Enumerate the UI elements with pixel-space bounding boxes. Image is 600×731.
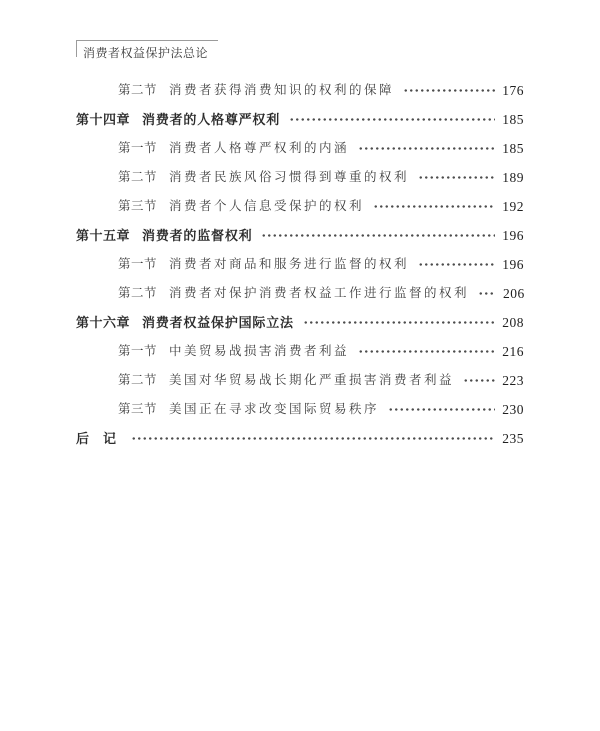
toc-entry-label: 第十六章 xyxy=(76,316,130,329)
toc-entry-page: 235 xyxy=(502,432,524,445)
toc-entry: 第一节 消费者对商品和服务进行监督的权利 196 xyxy=(76,258,524,271)
toc-entry-title: 消费者个人信息受保护的权利 xyxy=(169,200,364,213)
toc-entry-label: 第二节 xyxy=(118,287,157,300)
toc-entry-label: 第二节 xyxy=(118,171,157,184)
toc-entry-page: 176 xyxy=(502,84,524,97)
toc-entry: 第二节 消费者获得消费知识的权利的保障 176 xyxy=(76,84,524,97)
toc-entry: 第一节 消费者人格尊严权利的内涵 185 xyxy=(76,142,524,155)
toc-entry: 第二节 消费者对保护消费者权益工作进行监督的权利 206 xyxy=(76,287,524,300)
toc-entry-label: 第三节 xyxy=(118,403,157,416)
toc-entry-label: 第十五章 xyxy=(76,229,130,242)
dot-leader xyxy=(373,200,495,213)
running-head-title: 消费者权益保护法总论 xyxy=(76,40,208,60)
dot-leader xyxy=(418,171,495,184)
dot-leader xyxy=(388,403,495,416)
toc-entry-page: 196 xyxy=(502,258,524,271)
toc-entry-page: 223 xyxy=(502,374,524,387)
toc-entry-page: 208 xyxy=(502,316,524,329)
toc-entry: 第二节 美国对华贸易战长期化严重损害消费者利益 223 xyxy=(76,374,524,387)
running-head: 消费者权益保护法总论 xyxy=(76,40,208,62)
toc-entry-title: 消费者人格尊严权利的内涵 xyxy=(169,142,349,155)
dot-leader xyxy=(131,432,496,445)
toc-entry-page: 189 xyxy=(502,171,524,184)
toc-entry-title: 消费者对商品和服务进行监督的权利 xyxy=(169,258,409,271)
toc-entry: 第三节 消费者个人信息受保护的权利 192 xyxy=(76,200,524,213)
toc-entry-page: 230 xyxy=(502,403,524,416)
dot-leader xyxy=(463,374,495,387)
toc-entry-title: 消费者对保护消费者权益工作进行监督的权利 xyxy=(169,287,469,300)
dot-leader xyxy=(289,113,495,126)
toc-entry-page: 185 xyxy=(502,142,524,155)
toc-entry-label: 第十四章 xyxy=(76,113,130,126)
toc-entry-label: 后 记 xyxy=(76,432,117,445)
dot-leader xyxy=(358,142,495,155)
toc-entry-label: 第二节 xyxy=(118,84,157,97)
toc-entry: 第一节 中美贸易战损害消费者利益 216 xyxy=(76,345,524,358)
toc-entry-title: 美国对华贸易战长期化严重损害消费者利益 xyxy=(169,374,454,387)
toc-entry-page: 185 xyxy=(502,113,524,126)
toc-entry-label: 第一节 xyxy=(118,345,157,358)
toc-entry-title: 消费者获得消费知识的权利的保障 xyxy=(169,84,394,97)
toc-entry-title: 消费者的监督权利 xyxy=(142,229,252,242)
toc-entry-label: 第三节 xyxy=(118,200,157,213)
dot-leader xyxy=(478,287,496,300)
toc-entry-title: 消费者的人格尊严权利 xyxy=(142,113,280,126)
dot-leader xyxy=(418,258,495,271)
toc-entry-label: 第一节 xyxy=(118,142,157,155)
toc-entry: 第十六章 消费者权益保护国际立法 208 xyxy=(76,316,524,329)
toc-entry: 第十五章 消费者的监督权利 196 xyxy=(76,229,524,242)
toc-entry-title: 美国正在寻求改变国际贸易秩序 xyxy=(169,403,379,416)
toc-entry-title: 消费者民族风俗习惯得到尊重的权利 xyxy=(169,171,409,184)
toc-entry-label: 第二节 xyxy=(118,374,157,387)
toc-entry-label: 第一节 xyxy=(118,258,157,271)
dot-leader xyxy=(303,316,495,329)
toc-entry-page: 196 xyxy=(502,229,524,242)
toc-entry-page: 206 xyxy=(503,287,525,300)
toc-entry-page: 192 xyxy=(502,200,524,213)
toc-entry: 第三节 美国正在寻求改变国际贸易秩序 230 xyxy=(76,403,524,416)
toc-entry: 第二节 消费者民族风俗习惯得到尊重的权利 189 xyxy=(76,171,524,184)
toc-entry-title: 中美贸易战损害消费者利益 xyxy=(169,345,349,358)
dot-leader xyxy=(358,345,495,358)
book-toc-page: 消费者权益保护法总论 第二节 消费者获得消费知识的权利的保障 176 第十四章 … xyxy=(0,0,600,731)
toc-entry-title: 消费者权益保护国际立法 xyxy=(142,316,294,329)
toc-entry: 第十四章 消费者的人格尊严权利 185 xyxy=(76,113,524,126)
dot-leader xyxy=(261,229,495,242)
toc-list: 第二节 消费者获得消费知识的权利的保障 176 第十四章 消费者的人格尊严权利 … xyxy=(76,84,524,461)
toc-entry: 后 记 235 xyxy=(76,432,524,445)
dot-leader xyxy=(403,84,495,97)
toc-entry-page: 216 xyxy=(502,345,524,358)
